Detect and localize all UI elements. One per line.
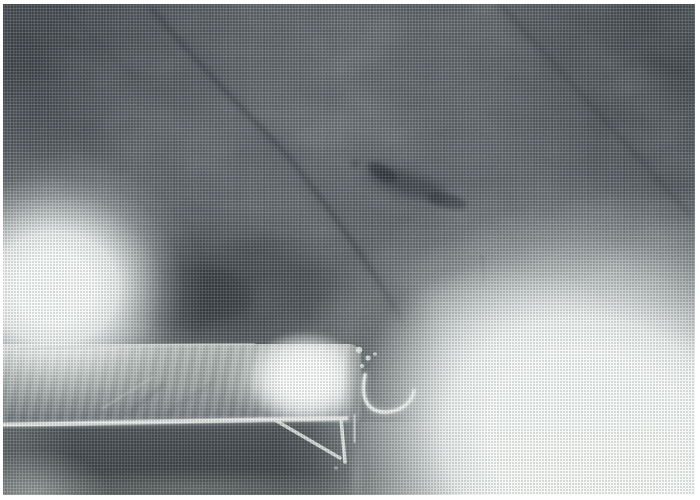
- scanned-photo-page: [0, 0, 700, 500]
- halftone-dot-pattern: [3, 4, 695, 495]
- halftone-photograph: [3, 4, 695, 495]
